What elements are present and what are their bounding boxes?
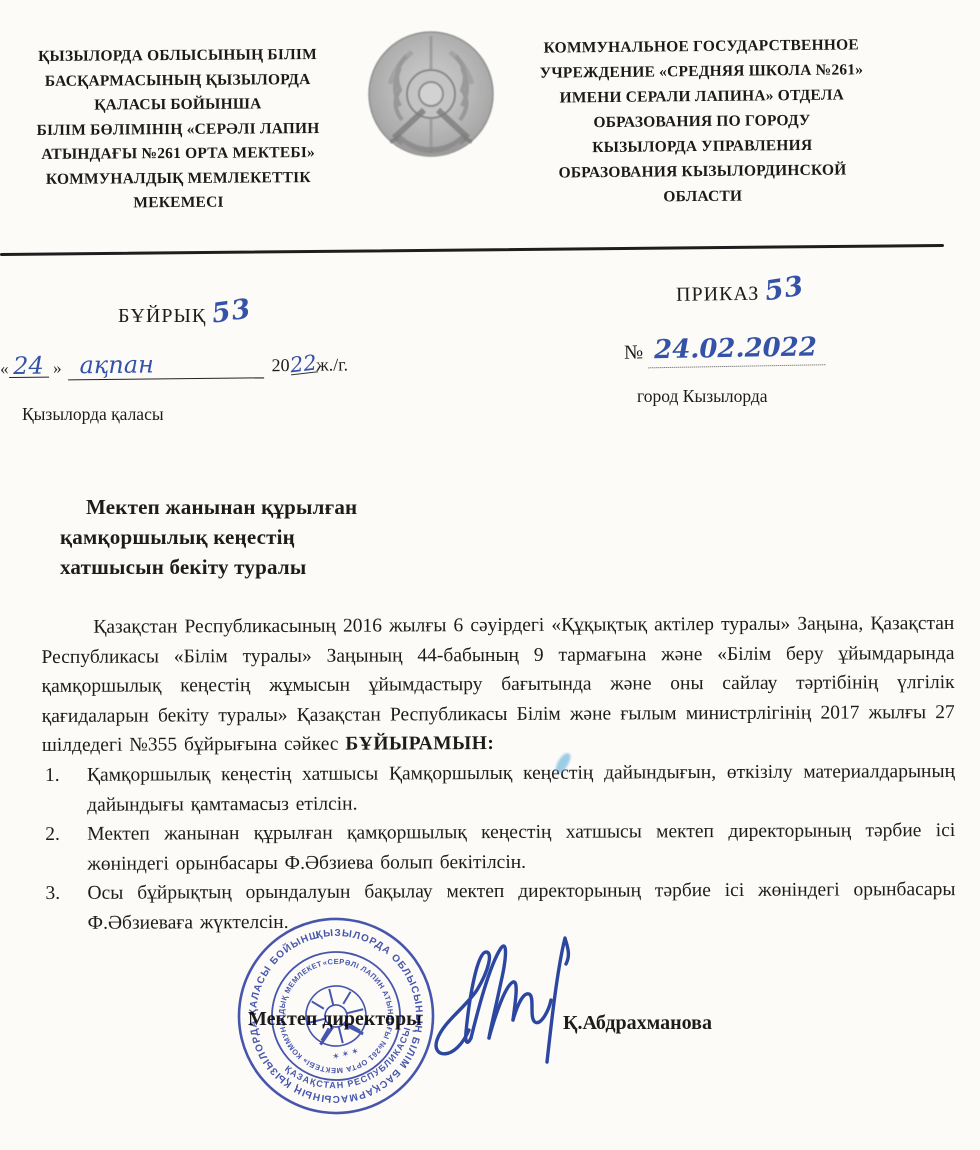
kazakhstan-emblem-icon [366, 26, 496, 162]
place-kazakh: Қызылорда қаласы [22, 404, 164, 425]
order-title-line2: қамқоршылық кеңестің [60, 522, 357, 552]
org-name-kazakh: ҚЫЗЫЛОРДА ОБЛЫСЫНЫҢ БІЛІМ БАСҚАРМАСЫНЫҢ … [3, 43, 352, 217]
item-3-number: 3. [42, 879, 87, 938]
order-title: Мектеп жанынан құрылған қамқоршылық кеңе… [60, 492, 357, 582]
close-quote: » [53, 358, 62, 377]
month-handwritten: ақпан [67, 350, 154, 379]
date-line-kazakh: «24 »ақпан2022ж./г. [0, 350, 400, 381]
number-sign: № [624, 341, 643, 363]
order-number-line-russian: № 24.02.2022 [624, 332, 825, 366]
order-number-handwritten-kazakh: 53 [210, 293, 254, 329]
item-2-text: Мектеп жанынан құрылған қамқоршылық кеңе… [87, 816, 955, 879]
order-item-1: 1. Қамқоршылық кеңестің хатшысы Қамқоршы… [42, 757, 955, 820]
item-3-text: Осы бұйрықтың орындалуын бақылау мектеп … [87, 875, 955, 938]
year-handwritten: 22 [288, 353, 317, 375]
year-printed: 20 [271, 355, 289, 375]
signature-autograph [425, 930, 585, 1085]
preamble-paragraph: Қазақстан Республикасының 2016 жылғы 6 с… [41, 609, 955, 761]
scanned-order-document: ҚЫЗЫЛОРДА ОБЛЫСЫНЫҢ БІЛІМ БАСҚАРМАСЫНЫҢ … [0, 0, 980, 1150]
order-heading-kazakh: БҰЙРЫҚ53 [118, 298, 252, 329]
stamp-outer-ring-text: ҚЫЗЫЛОРДА ОБЛЫСЫНЫҢ БІЛІМ БАСҚАРМАСЫНЫҢ … [230, 912, 442, 1122]
header-divider-line [0, 244, 944, 256]
svg-text:ҚЫЗЫЛОРДА ОБЛЫСЫНЫҢ БІЛІМ БАСҚ: ҚЫЗЫЛОРДА ОБЛЫСЫНЫҢ БІЛІМ БАСҚАРМАСЫНЫҢ … [230, 912, 442, 1122]
item-1-text: Қамқоршылық кеңестің хатшысы Қамқоршылық… [87, 757, 955, 820]
item-1-number: 1. [42, 761, 87, 820]
order-heading-russian: ПРИКАЗ53 [676, 275, 805, 308]
item-2-number: 2. [42, 820, 87, 879]
signature-stroke-icon [425, 930, 585, 1085]
order-label-kazakh: БҰЙРЫҚ [118, 305, 206, 327]
org-name-russian: КОММУНАЛЬНОЕ ГОСУДАРСТВЕННОЕ УЧРЕЖДЕНИЕ … [499, 32, 905, 211]
signer-name: Қ.Абдрахманова [563, 1012, 712, 1035]
month-blank-line: ақпан [67, 351, 263, 380]
order-title-line3: хатшысын бекіту туралы [60, 552, 357, 582]
official-stamp: ҚЫЗЫЛОРДА ОБЛЫСЫНЫҢ БІЛІМ БАСҚАРМАСЫНЫҢ … [230, 912, 442, 1122]
open-quote: « [0, 359, 9, 378]
order-item-2: 2. Мектеп жанынан құрылған қамқоршылық к… [42, 816, 955, 879]
order-body: Қазақстан Республикасының 2016 жылғы 6 с… [41, 609, 955, 939]
order-date-handwritten: 24.02.2022 [648, 332, 825, 368]
preamble-text: Қазақстан Республикасының 2016 жылғы 6 с… [41, 613, 954, 756]
order-title-line1: Мектеп жанынан құрылған [60, 492, 357, 522]
order-label-russian: ПРИКАЗ [676, 283, 760, 306]
stamp-stars: ✶ ✶ ✶ [331, 1046, 360, 1062]
order-number-handwritten-russian: 53 [763, 271, 807, 308]
resolve-word: БҰЙЫРАМЫН: [345, 733, 494, 755]
place-russian: город Кызылорда [637, 386, 768, 407]
round-stamp-icon: ҚЫЗЫЛОРДА ОБЛЫСЫНЫҢ БІЛІМ БАСҚАРМАСЫНЫҢ … [230, 912, 442, 1122]
year-suffix: ж./г. [316, 354, 348, 374]
kazakhstan-emblem-image [366, 26, 496, 162]
day-handwritten: 24 [8, 355, 48, 378]
